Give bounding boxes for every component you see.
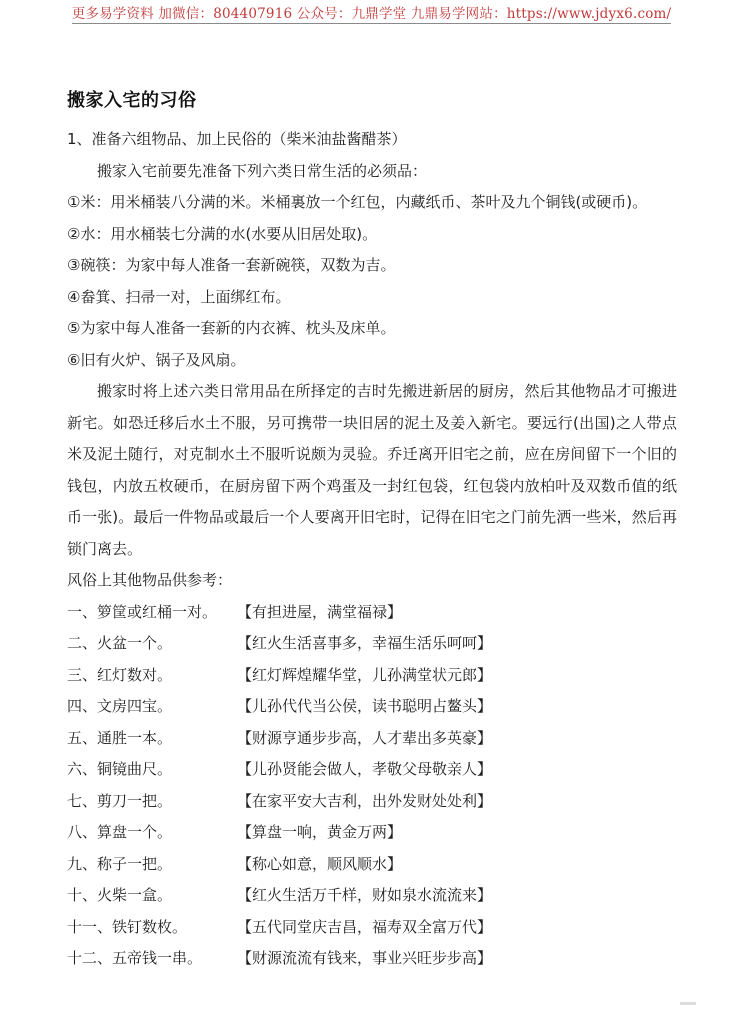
reference-item-label: 四、文房四宝。 (67, 691, 237, 723)
reference-item-label: 十、火柴一盒。 (67, 880, 237, 912)
reference-item-label: 五、通胜一本。 (67, 723, 237, 755)
reference-item-label: 十一、铁钉数枚。 (67, 912, 237, 944)
reference-item-blessing: 【算盘一响，黄金万两】 (237, 817, 402, 849)
necessity-line: ⑤为家中每人准备一套新的内衣裤、枕头及床单。 (67, 313, 677, 345)
reference-item-blessing: 【儿孙贤能会做人，孝敬父母敬亲人】 (237, 754, 492, 786)
reference-item-blessing: 【红灯辉煌耀华堂，儿孙满堂状元郎】 (237, 660, 492, 692)
reference-item-blessing: 【财源流流有钱来，事业兴旺步步高】 (237, 943, 492, 975)
necessity-line: ③碗筷：为家中每人准备一套新碗筷，双数为吉。 (67, 250, 677, 282)
intro-line: 搬家入宅前要先准备下列六类日常生活的必须品： (67, 156, 677, 188)
reference-item-row: 十二、五帝钱一串。 【财源流流有钱来，事业兴旺步步高】 (67, 943, 677, 975)
reference-item-label: 七、剪刀一把。 (67, 786, 237, 818)
page-corner-artifact (680, 1002, 696, 1005)
reference-item-row: 五、通胜一本。 【财源亨通步步高，人才辈出多英豪】 (67, 723, 677, 755)
reference-heading: 风俗上其他物品供参考： (67, 565, 677, 597)
reference-item-label: 六、铜镜曲尺。 (67, 754, 237, 786)
reference-item-row: 十一、铁钉数枚。 【五代同堂庆吉昌，福寿双全富万代】 (67, 912, 677, 944)
reference-item-blessing: 【儿孙代代当公侯，读书聪明占鳌头】 (237, 691, 492, 723)
document-body: 搬家入宅的习俗 1、准备六组物品、加上民俗的（柴米油盐酱醋茶） 搬家入宅前要先准… (67, 0, 677, 975)
reference-item-row: 六、铜镜曲尺。 【儿孙贤能会做人，孝敬父母敬亲人】 (67, 754, 677, 786)
reference-item-row: 四、文房四宝。 【儿孙代代当公侯，读书聪明占鳌头】 (67, 691, 677, 723)
reference-items-list: 一、箩筐或红桶一对。 【有担进屋，满堂福禄】 二、火盆一个。 【红火生活喜事多，… (67, 597, 677, 975)
reference-item-row: 三、红灯数对。 【红灯辉煌耀华堂，儿孙满堂状元郎】 (67, 660, 677, 692)
reference-item-blessing: 【在家平安大吉利，出外发财处处利】 (237, 786, 492, 818)
reference-item-row: 十、火柴一盒。 【红火生活万千样，财如泉水流流来】 (67, 880, 677, 912)
reference-item-label: 十二、五帝钱一串。 (67, 943, 237, 975)
reference-item-label: 八、算盘一个。 (67, 817, 237, 849)
document-page: 更多易学资料 加微信：804407916 公众号：九鼎学堂 九鼎易学网站：htt… (0, 0, 743, 1010)
reference-item-row: 八、算盘一个。 【算盘一响，黄金万两】 (67, 817, 677, 849)
reference-item-label: 二、火盆一个。 (67, 628, 237, 660)
reference-item-row: 二、火盆一个。 【红火生活喜事多，幸福生活乐呵呵】 (67, 628, 677, 660)
reference-item-blessing: 【红火生活喜事多，幸福生活乐呵呵】 (237, 628, 492, 660)
reference-item-blessing: 【财源亨通步步高，人才辈出多英豪】 (237, 723, 492, 755)
necessity-line: ⑥旧有火炉、锅子及风扇。 (67, 345, 677, 377)
page-title: 搬家入宅的习俗 (67, 88, 677, 114)
reference-item-row: 七、剪刀一把。 【在家平安大吉利，出外发财处处利】 (67, 786, 677, 818)
necessity-line: ①米：用米桶装八分满的米。米桶裏放一个红包，内藏纸币、茶叶及九个铜钱(或硬币)。 (67, 187, 677, 219)
reference-item-label: 九、称子一把。 (67, 849, 237, 881)
reference-item-blessing: 【五代同堂庆吉昌，福寿双全富万代】 (237, 912, 492, 944)
section-heading: 1、准备六组物品、加上民俗的（柴米油盐酱醋茶） (67, 124, 677, 156)
reference-item-blessing: 【有担进屋，满堂福禄】 (237, 597, 402, 629)
reference-item-blessing: 【红火生活万千样，财如泉水流流来】 (237, 880, 492, 912)
reference-item-row: 一、箩筐或红桶一对。 【有担进屋，满堂福禄】 (67, 597, 677, 629)
reference-item-blessing: 【称心如意，顺风顺水】 (237, 849, 402, 881)
necessities-list: ①米：用米桶装八分满的米。米桶裏放一个红包，内藏纸币、茶叶及九个铜钱(或硬币)。… (67, 187, 677, 376)
moving-paragraph: 搬家时将上述六类日常用品在所择定的吉时先搬进新居的厨房，然后其他物品才可搬进新宅… (67, 376, 677, 565)
reference-item-label: 一、箩筐或红桶一对。 (67, 597, 237, 629)
reference-item-label: 三、红灯数对。 (67, 660, 237, 692)
necessity-line: ②水：用水桶装七分满的水(水要从旧居处取)。 (67, 219, 677, 251)
necessity-line: ④畚箕、扫帚一对，上面绑红布。 (67, 282, 677, 314)
reference-item-row: 九、称子一把。 【称心如意，顺风顺水】 (67, 849, 677, 881)
